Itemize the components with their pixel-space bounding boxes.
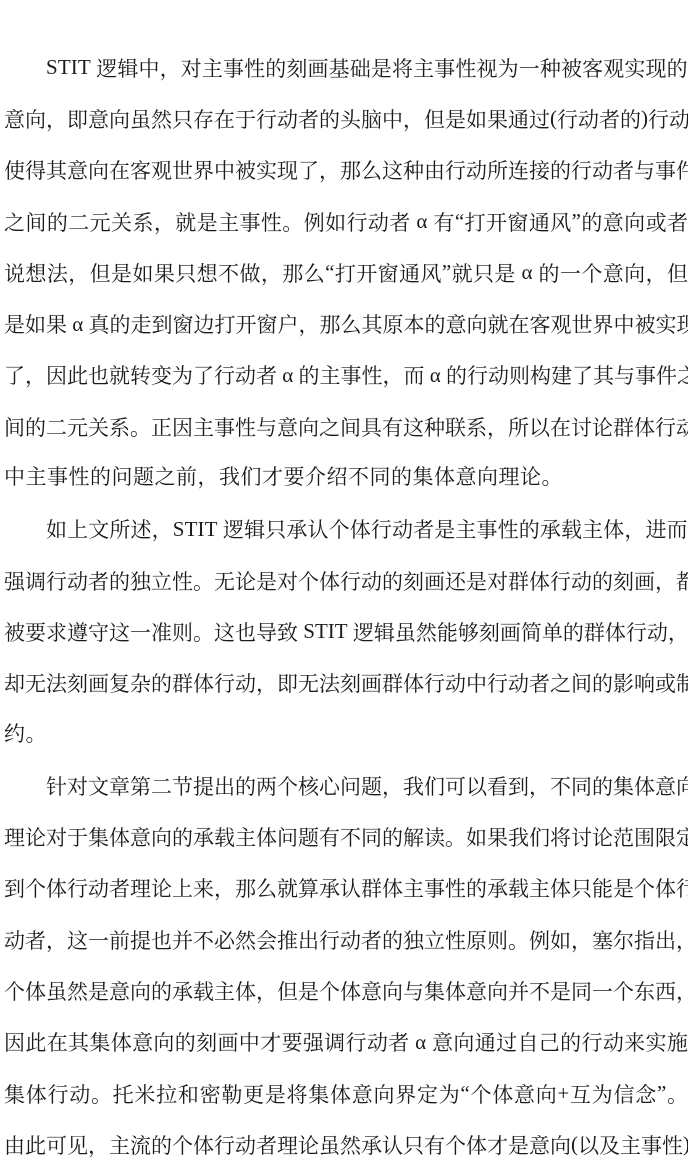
text-line: 到个体行动者理论上来，那么就算承认群体主事性的承载主体只能是个体行 <box>4 863 688 914</box>
text-line: 意向，即意向虽然只存在于行动者的头脑中，但是如果通过(行动者的)行动 <box>4 93 688 144</box>
text-line: 强调行动者的独立性。无论是对个体行动的刻画还是对群体行动的刻画，都 <box>4 555 688 606</box>
text-line: 之间的二元关系，就是主事性。例如行动者 α 有“打开窗通风”的意向或者 <box>4 196 688 247</box>
text-line: 针对文章第二节提出的两个核心问题，我们可以看到，不同的集体意向 <box>4 760 688 811</box>
text-line: 集体行动。托米拉和密勒更是将集体意向界定为“个体意向+互为信念”。 <box>4 1068 688 1119</box>
text-line: 理论对于集体意向的承载主体问题有不同的解读。如果我们将讨论范围限定 <box>4 811 688 862</box>
text-line: 中主事性的问题之前，我们才要介绍不同的集体意向理论。 <box>4 452 688 503</box>
text-line: 却无法刻画复杂的群体行动，即无法刻画群体行动中行动者之间的影响或制 <box>4 658 688 709</box>
text-line: 如上文所述，STIT 逻辑只承认个体行动者是主事性的承载主体，进而 <box>4 504 688 555</box>
text-line: 被要求遵守这一准则。这也导致 STIT 逻辑虽然能够刻画简单的群体行动， <box>4 606 688 657</box>
text-line: 由此可见，主流的个体行动者理论虽然承认只有个体才是意向(以及主事性) <box>4 1119 688 1167</box>
paragraph-collective-intention: 针对文章第二节提出的两个核心问题，我们可以看到，不同的集体意向 理论对于集体意向… <box>4 760 688 1167</box>
text-line: 使得其意向在客观世界中被实现了，那么这种由行动所连接的行动者与事件 <box>4 145 688 196</box>
text-line: 约。 <box>4 709 688 760</box>
text-line: 因此在其集体意向的刻画中才要强调行动者 α 意向通过自己的行动来实施 <box>4 1017 688 1068</box>
text-line: 了，因此也就转变为了行动者 α 的主事性，而 α 的行动则构建了其与事件之 <box>4 350 688 401</box>
text-line: 动者，这一前提也并不必然会推出行动者的独立性原则。例如，塞尔指出， <box>4 914 688 965</box>
text-line: STIT 逻辑中，对主事性的刻画基础是将主事性视为一种被客观实现的 <box>4 42 688 93</box>
text-line: 说想法，但是如果只想不做，那么“打开窗通风”就只是 α 的一个意向，但 <box>4 247 688 298</box>
text-line: 间的二元关系。正因主事性与意向之间具有这种联系，所以在讨论群体行动 <box>4 401 688 452</box>
document-page: STIT 逻辑中，对主事性的刻画基础是将主事性视为一种被客观实现的 意向，即意向… <box>4 42 688 1167</box>
text-line: 是如果 α 真的走到窗边打开窗户，那么其原本的意向就在客观世界中被实现 <box>4 298 688 349</box>
paragraph-stit-limits: 如上文所述，STIT 逻辑只承认个体行动者是主事性的承载主体，进而 强调行动者的… <box>4 504 688 760</box>
paragraph-stit-agency: STIT 逻辑中，对主事性的刻画基础是将主事性视为一种被客观实现的 意向，即意向… <box>4 42 688 504</box>
text-line: 个体虽然是意向的承载主体，但是个体意向与集体意向并不是同一个东西， <box>4 965 688 1016</box>
